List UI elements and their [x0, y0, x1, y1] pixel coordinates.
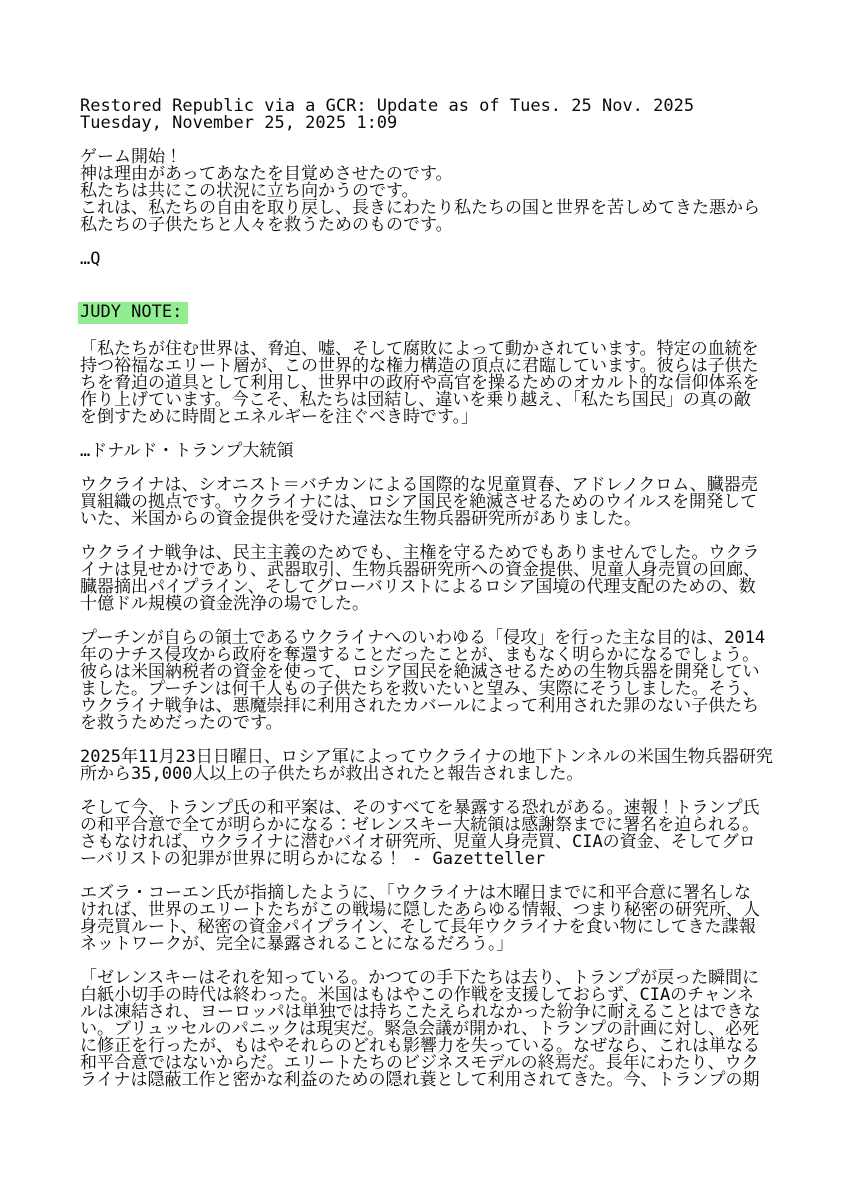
judy-note-label: JUDY NOTE: [78, 302, 188, 324]
document-page: Restored Republic via a GCR: Update as o… [0, 0, 848, 1200]
opening-paragraph: ゲーム開始！ 神は理由があってあなたを目覚めさせたのです。 私たちは共にこの状況… [80, 149, 780, 234]
paragraph-zelensky-knows: 「ゼレンスキーはそれを知っている。かつての手下たちは去り、トランプが戻った瞬間に… [80, 970, 780, 1089]
q-signature: …Q [80, 251, 780, 268]
document-date: Tuesday, November 25, 2025 1:09 [80, 115, 780, 132]
paragraph-putin-invasion: プーチンが自らの領土であるウクライナへのいわゆる「侵攻」を行った主な目的は、20… [80, 630, 780, 732]
paragraph-peace-plan-expose: そして今、トランプ氏の和平案は、そのすべてを暴露する恐れがある。速報！トランプ氏… [80, 800, 780, 868]
paragraph-ezra-cohen: エズラ・コーエン氏が指摘したように、「ウクライナは木曜日までに和平合意に署名しな… [80, 885, 780, 953]
paragraph-children-rescued: 2025年11月23日日曜日、ロシア軍によってウクライナの地下トンネルの米国生物… [80, 749, 780, 783]
paragraph-ukraine-war: ウクライナ戦争は、民主主義のためでも、主権を守るためでもありませんでした。ウクラ… [80, 545, 780, 613]
trump-attribution: …ドナルド・トランプ大統領 [80, 443, 780, 460]
judy-note-heading: JUDY NOTE: [80, 302, 780, 324]
paragraph-ukraine-hub: ウクライナは、シオニスト＝バチカンによる国際的な児童買春、アドレノクロム、臓器売… [80, 477, 780, 528]
trump-quote-paragraph: 「私たちが住む世界は、脅迫、嘘、そして腐敗によって動かされています。特定の血統を… [80, 341, 780, 426]
